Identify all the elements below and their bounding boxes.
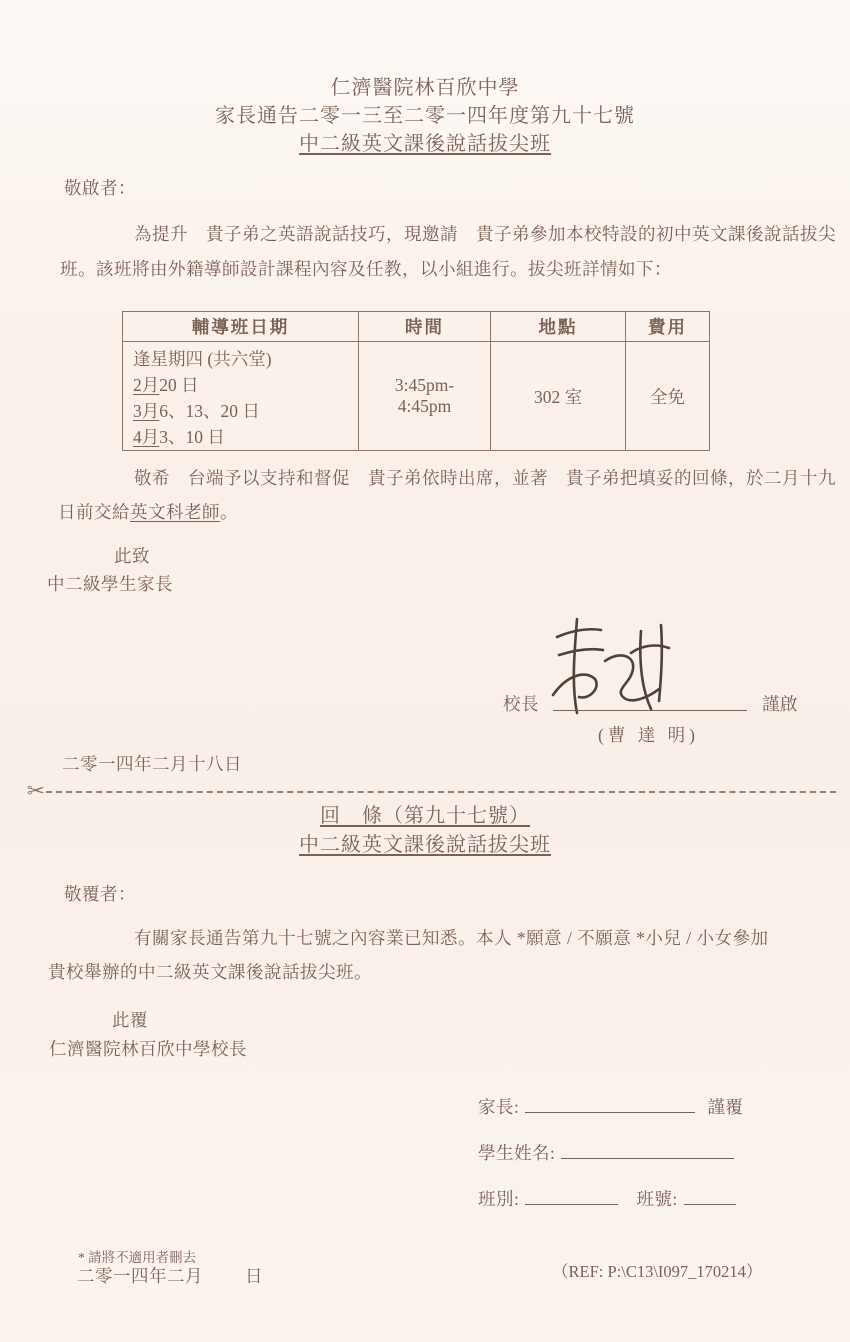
schedule-date-feb: 2月20 日 bbox=[133, 372, 348, 398]
body-paragraph2-line2: 日前交給英文科老師。 bbox=[58, 499, 238, 524]
class-label: 班別: bbox=[478, 1186, 519, 1211]
schedule-date-apr: 4月3、10 日 bbox=[133, 424, 348, 450]
class-no-line bbox=[684, 1187, 736, 1205]
ref-code: （REF: P:\C13\I097_170214） bbox=[552, 1258, 762, 1282]
body-paragraph1-line2: 班。該班將由外籍導師設計課程內容及任教，以小組進行。拔尖班詳情如下： bbox=[60, 256, 672, 281]
reply-salutation: 敬覆者： bbox=[64, 881, 136, 906]
parent-label: 家長: bbox=[478, 1094, 519, 1119]
reply-paragraph-line1: 有關家長通告第九十七號之內容業已知悉。本人 *願意 / 不願意 *小兒 / 小女… bbox=[134, 925, 768, 950]
salutation: 敬啟者： bbox=[64, 175, 136, 200]
schedule-intro: 逢星期四 (共六堂) bbox=[133, 346, 348, 372]
schedule-time-cell: 3:45pm-4:45pm bbox=[359, 342, 491, 451]
col-header-fee: 費用 bbox=[626, 312, 710, 342]
reply-slip-subject: 中二級英文課後說話拔尖班 bbox=[0, 828, 850, 857]
parent-signoff: 謹覆 bbox=[707, 1094, 743, 1119]
table-body-row: 逢星期四 (共六堂) 2月20 日 3月6、13、20 日 4月3、10 日 3… bbox=[123, 342, 710, 451]
col-header-time: 時間 bbox=[359, 312, 491, 342]
body-paragraph2-line1: 敬希 台端予以支持和督促 貴子弟依時出席，並著 貴子弟把填妥的回條，於二月十九 bbox=[134, 465, 836, 490]
class-row: 班別: 班號: bbox=[478, 1186, 736, 1211]
student-name-row: 學生姓名: bbox=[478, 1140, 734, 1165]
parent-signature-line bbox=[525, 1095, 695, 1113]
letter-closing: 此致 bbox=[114, 543, 150, 568]
class-no-label: 班號: bbox=[636, 1186, 677, 1211]
schedule-fee-cell: 全免 bbox=[626, 342, 710, 451]
reply-date-line: 二零一四年二月 日 bbox=[77, 1263, 263, 1288]
notice-subject: 中二級英文課後說話拔尖班 bbox=[0, 127, 850, 156]
letter-addressee: 中二級學生家長 bbox=[47, 571, 173, 596]
reply-slip-title: 回 條（第九十七號） bbox=[0, 799, 850, 828]
issue-date: 二零一四年二月十八日 bbox=[62, 751, 242, 776]
principal-signature bbox=[543, 603, 683, 721]
principal-name: (曹 達 明) bbox=[598, 722, 699, 747]
student-name-label: 學生姓名: bbox=[478, 1140, 555, 1165]
document-page: 仁濟醫院林百欣中學 家長通告二零一三至二零一四年度第九十七號 中二級英文課後說話… bbox=[0, 0, 850, 1342]
notice-number-line: 家長通告二零一三至二零一四年度第九十七號 bbox=[0, 99, 850, 128]
class-line bbox=[525, 1187, 618, 1205]
col-header-date: 輔導班日期 bbox=[123, 312, 359, 342]
cut-dashed-line bbox=[46, 791, 836, 793]
schedule-date-mar: 3月6、13、20 日 bbox=[133, 398, 348, 424]
school-name: 仁濟醫院林百欣中學 bbox=[0, 71, 850, 100]
parent-sign-row: 家長: 謹覆 bbox=[478, 1094, 743, 1119]
body-paragraph1-line1: 為提升 貴子弟之英語說話技巧，現邀請 貴子弟參加本校特設的初中英文課後說話拔尖 bbox=[134, 221, 836, 246]
reply-addressee: 仁濟醫院林百欣中學校長 bbox=[49, 1036, 247, 1061]
reply-closing: 此覆 bbox=[112, 1007, 148, 1032]
reply-date-prefix: 二零一四年二月 bbox=[77, 1263, 203, 1288]
table-header-row: 輔導班日期 時間 地點 費用 bbox=[123, 312, 710, 342]
signature-line bbox=[553, 710, 747, 711]
col-header-venue: 地點 bbox=[491, 312, 626, 342]
reply-paragraph-line2: 貴校舉辦的中二級英文課後說話拔尖班。 bbox=[48, 959, 372, 984]
student-name-line bbox=[561, 1141, 734, 1159]
schedule-venue-cell: 302 室 bbox=[491, 342, 626, 451]
principal-label: 校長 bbox=[503, 691, 539, 716]
reply-date-suffix: 日 bbox=[245, 1263, 263, 1288]
schedule-table: 輔導班日期 時間 地點 費用 逢星期四 (共六堂) 2月20 日 3月6、13、… bbox=[122, 311, 710, 451]
schedule-dates-cell: 逢星期四 (共六堂) 2月20 日 3月6、13、20 日 4月3、10 日 bbox=[123, 342, 359, 451]
signature-suffix: 謹啟 bbox=[762, 691, 798, 716]
